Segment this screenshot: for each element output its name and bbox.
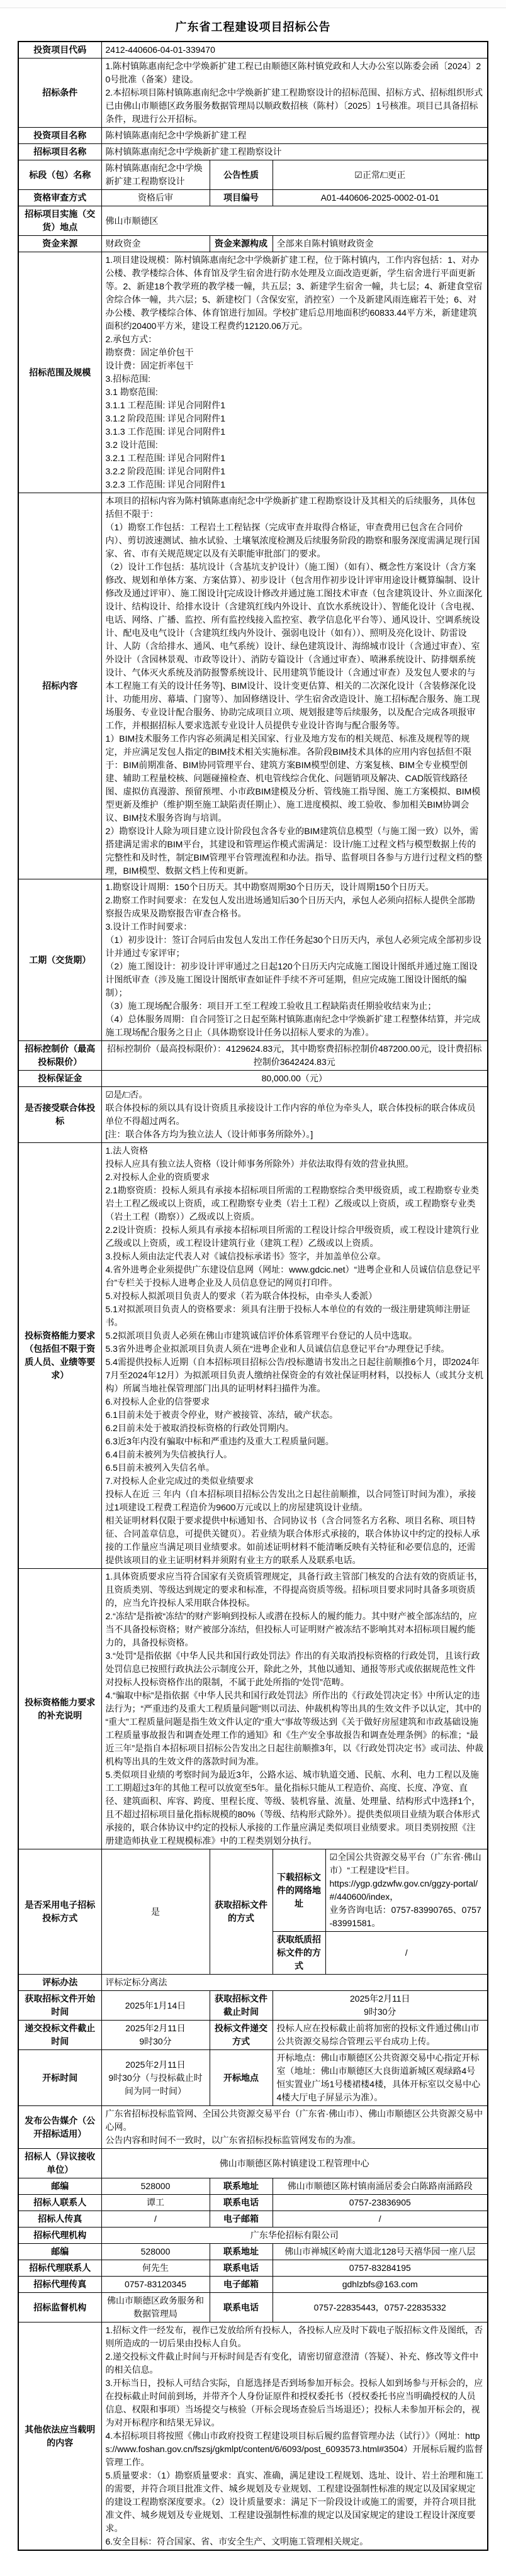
agency-address-value: 佛山市禅城区岭南大道北128号天禧华园一座八层 <box>273 2244 488 2260</box>
control-price-value: 招标控制价（最高投标限价）：4129624.83元，其中勘察费招标控制价4872… <box>101 1041 488 1071</box>
page-top-divider <box>0 0 506 8</box>
table-row: 其他依法应当载明的内容 1.招标文件一经发布，视作已发放给所有投标人，各投标人应… <box>18 2322 488 2551</box>
qualification-notes-label: 投标资格能力要求的补充说明 <box>18 1569 101 1849</box>
supervisor-label: 招标监督机构 <box>18 2293 101 2322</box>
duration-label: 工期（交货期） <box>18 879 101 1041</box>
agency-postcode-label: 邮编 <box>18 2244 101 2260</box>
qualification-review-value: 资格后审 <box>101 190 210 206</box>
funds-composition-label: 资金来源构成 <box>210 236 273 252</box>
table-row: 投资项目名称 陈村镇陈惠南纪念中学焕新扩建工程 <box>18 128 488 144</box>
tenderer-fax-label: 招标人传真 <box>18 2211 101 2228</box>
table-row: 投标保证金 80,000.00（元） <box>18 1071 488 1087</box>
opening-place-value: 开标地点：佛山市顺德区公共资源交易中心指定开标室（地址：佛山市顺德区大良街道新城… <box>273 2050 488 2106</box>
media-label: 发布公告媒介（公开招标适用） <box>18 2106 101 2149</box>
tenderer-value: 佛山市顺德区陈村镇建设工程管理中心 <box>101 2149 488 2178</box>
investment-name-label: 投资项目名称 <box>18 128 101 144</box>
table-row: 招标项目名称 陈村镇陈惠南纪念中学焕新扩建工程勘察设计 <box>18 144 488 160</box>
opening-time-label: 开标时间 <box>18 2050 101 2106</box>
content-label: 招标内容 <box>18 493 101 879</box>
doc-obtain-method-label: 获取招标文件的方式 <box>210 1849 273 1975</box>
table-row: 发布公告媒介（公开招标适用） 广东省招标投标监管网、全国公共资源交易平台（广东省… <box>18 2106 488 2149</box>
bid-bond-value: 80,000.00（元） <box>101 1071 488 1087</box>
doc-start-time-label: 获取招标文件开始时间 <box>18 1991 101 2021</box>
table-row: 是否接受联合体投标 ☑是/□否。 联合体投标的须以具有设计资质且承接设计工作内容… <box>18 1087 488 1143</box>
agency-tel-value: 0757-83284195 <box>273 2260 488 2277</box>
section-value: 陈村镇陈惠南纪念中学焕新扩建工程勘察设计 <box>101 160 210 190</box>
tenderer-contact-value: 谭工 <box>101 2195 210 2211</box>
tenderer-fax-value: / <box>101 2211 210 2228</box>
submit-deadline-value: 2025年2月11日 9时30分 <box>101 2021 210 2050</box>
table-row: 招标内容 本项目的招标内容为陈村镇陈惠南纪念中学焕新扩建工程勘察设计及其相关的后… <box>18 493 488 879</box>
submit-way-value: 投标人应在投标截止前将加密的投标文件通过佛山市公共资源交易综合管理云平台成功上传… <box>273 2021 488 2050</box>
table-row: 招标人传真 / 电子邮箱 / <box>18 2211 488 2228</box>
agency-fax-label: 招标代理传真 <box>18 2277 101 2293</box>
table-row: 递交投标文件截止时间 2025年2月11日 9时30分 投标文件递交方式 投标人… <box>18 2021 488 2050</box>
agency-email-label: 电子邮箱 <box>210 2277 273 2293</box>
table-row: 投标资格能力要求（包括但不限于资质人员、业绩等要求） 1.法人资格 投标人应具有… <box>18 1143 488 1569</box>
table-row: 招标人（异议接收单位） 佛山市顺德区陈村镇建设工程管理中心 <box>18 2149 488 2178</box>
opening-place-label: 开标地点 <box>210 2050 273 2106</box>
investment-code-label: 投资项目代码 <box>18 42 101 59</box>
qualification-requirements-value: 1.法人资格 投标人应具有独立法人资格（设计师事务所除外）并依法取得有效的营业执… <box>101 1143 488 1569</box>
other-content-value: 1.招标文件一经发布，视作已发放给所有投标人，各投标人应及时下载电子版招标文件及… <box>101 2322 488 2551</box>
tenderer-contact-label: 招标人联系人 <box>18 2195 101 2211</box>
investment-code-value: 2412-440606-04-01-339470 <box>101 42 488 59</box>
tenderer-postcode-value: 528000 <box>101 2178 210 2195</box>
table-row: 开标时间 2025年2月11日 9时30分（与投标截止时间为同一时间） 开标地点… <box>18 2050 488 2106</box>
supervisor-tel-label: 联系电话 <box>210 2293 273 2322</box>
page-title: 广东省工程建设项目招标公告 <box>0 18 506 35</box>
opening-time-value: 2025年2月11日 9时30分（与投标截止时间为同一时间） <box>101 2050 210 2106</box>
table-row: 是否采用电子招标投标方式 是 获取招标文件的方式 下载招标文件的网络地址 ☑全国… <box>18 1849 488 1932</box>
supervisor-value: 佛山市顺德区政务服务和数据管理局 <box>101 2293 210 2322</box>
table-row: 招标监督机构 佛山市顺德区政务服务和数据管理局 联系电话 0757-228354… <box>18 2293 488 2322</box>
evaluation-method-label: 评标办法 <box>18 1975 101 1991</box>
agency-contact-label: 招标代理联系人 <box>18 2260 101 2277</box>
tender-name-label: 招标项目名称 <box>18 144 101 160</box>
location-value: 佛山市顺德区 <box>101 206 488 236</box>
notice-nature-label: 公告性质 <box>210 160 273 190</box>
supervisor-tel-value: 0757-22835443，0757-22835332 <box>273 2293 488 2322</box>
table-row: 获取招标文件开始时间 2025年1月14日 获取招标文件截止时间 2025年2月… <box>18 1991 488 2021</box>
table-row: 招标代理联系人 何先生 联系电话 0757-83284195 <box>18 2260 488 2277</box>
qualification-requirements-label: 投标资格能力要求（包括但不限于资质人员、业绩等要求） <box>18 1143 101 1569</box>
consortium-label: 是否接受联合体投标 <box>18 1087 101 1143</box>
agency-postcode-value: 528000 <box>101 2244 210 2260</box>
table-row: 招标代理传真 0757-83120345 电子邮箱 gdhlzbfs@163.c… <box>18 2277 488 2293</box>
evaluation-method-value: 评标定标分离法 <box>101 1975 488 1991</box>
tenderer-postcode-label: 邮编 <box>18 2178 101 2195</box>
paper-doc-value: / <box>325 1932 488 1975</box>
tenderer-tel-value: 0757-23836905 <box>273 2195 488 2211</box>
tenderer-address-value: 佛山市顺德区陈村镇南涌居委会白陈路南涌路段 <box>273 2178 488 2195</box>
table-row: 招标条件 1.陈村镇陈惠南纪念中学焕新扩建工程已由顺德区陈村镇党政和人大办公室以… <box>18 59 488 128</box>
table-row: 投资项目代码 2412-440606-04-01-339470 <box>18 42 488 59</box>
doc-end-time-value: 2025年2月11日 9时30分 <box>273 1991 488 2021</box>
bid-bond-label: 投标保证金 <box>18 1071 101 1087</box>
tender-announcement-table: 投资项目代码 2412-440606-04-01-339470 招标条件 1.陈… <box>18 41 488 2551</box>
table-row: 招标控制价（最高投标限价） 招标控制价（最高投标限价）：4129624.83元，… <box>18 1041 488 1071</box>
agency-email-value: gdhlzbfs@163.com <box>273 2277 488 2293</box>
control-price-label: 招标控制价（最高投标限价） <box>18 1041 101 1071</box>
e-bidding-label: 是否采用电子招标投标方式 <box>18 1849 101 1975</box>
agency-value: 广东华伦招标有限公司 <box>101 2228 488 2244</box>
scope-label: 招标范围及规模 <box>18 252 101 493</box>
section-label: 标段（包）名称 <box>18 160 101 190</box>
qualification-review-label: 资格审查方式 <box>18 190 101 206</box>
other-content-label: 其他依法应当载明的内容 <box>18 2322 101 2551</box>
project-no-label: 项目编号 <box>210 190 273 206</box>
agency-label: 招标代理机构 <box>18 2228 101 2244</box>
paper-doc-label: 获取纸质招标文件的方式 <box>273 1932 325 1975</box>
consortium-value: ☑是/□否。 联合体投标的须以具有设计资质且承接设计工作内容的单位为牵头人，联合… <box>101 1087 488 1143</box>
funds-composition-value: 全部来自陈村镇财政资金 <box>273 236 488 252</box>
tenderer-email-label: 电子邮箱 <box>210 2211 273 2228</box>
table-row: 评标办法 评标定标分离法 <box>18 1975 488 1991</box>
agency-address-label: 联系地址 <box>210 2244 273 2260</box>
media-value: 广东省招标投标监管网、全国公共资源交易平台（广东省·佛山市）、佛山市顺德区公共资… <box>101 2106 488 2149</box>
table-row: 资格审查方式 资格后审 项目编号 A01-440606-2025-0002-01… <box>18 190 488 206</box>
download-url-label: 下载招标文件的网络地址 <box>273 1849 325 1932</box>
agency-contact-value: 何先生 <box>101 2260 210 2277</box>
e-bidding-value: 是 <box>101 1849 210 1975</box>
table-row: 招标项目实施（交货）地点 佛山市顺德区 <box>18 206 488 236</box>
table-row: 标段（包）名称 陈村镇陈惠南纪念中学焕新扩建工程勘察设计 公告性质 ☑正常/□更… <box>18 160 488 190</box>
table-row: 招标人联系人 谭工 联系电话 0757-23836905 <box>18 2195 488 2211</box>
funds-value: 财政资金 <box>101 236 210 252</box>
table-row: 邮编 528000 联系地址 佛山市禅城区岭南大道北128号天禧华园一座八层 <box>18 2244 488 2260</box>
table-row: 招标代理机构 广东华伦招标有限公司 <box>18 2228 488 2244</box>
scope-value: 1.项目建设规模：陈村镇陈惠南纪念中学焕新扩建工程，位于陈村镇内，工作内容包括：… <box>101 252 488 493</box>
table-row: 邮编 528000 联系地址 佛山市顺德区陈村镇南涌居委会白陈路南涌路段 <box>18 2178 488 2195</box>
duration-value: 1.勘察设计周期：150个日历天。其中勘察周期30个日历天，设计周期150个日历… <box>101 879 488 1041</box>
investment-name-value: 陈村镇陈惠南纪念中学焕新扩建工程 <box>101 128 488 144</box>
project-no-value: A01-440606-2025-0002-01-01 <box>273 190 488 206</box>
tender-conditions-value: 1.陈村镇陈惠南纪念中学焕新扩建工程已由顺德区陈村镇党政和人大办公室以陈委会函〔… <box>101 59 488 128</box>
tenderer-address-label: 联系地址 <box>210 2178 273 2195</box>
tenderer-email-value: / <box>273 2211 488 2228</box>
tender-conditions-label: 招标条件 <box>18 59 101 128</box>
tender-name-value: 陈村镇陈惠南纪念中学焕新扩建工程勘察设计 <box>101 144 488 160</box>
submit-deadline-label: 递交投标文件截止时间 <box>18 2021 101 2050</box>
submit-way-label: 投标文件递交方式 <box>210 2021 273 2050</box>
funds-label: 资金来源 <box>18 236 101 252</box>
table-row: 资金来源 财政资金 资金来源构成 全部来自陈村镇财政资金 <box>18 236 488 252</box>
location-label: 招标项目实施（交货）地点 <box>18 206 101 236</box>
doc-end-time-label: 获取招标文件截止时间 <box>210 1991 273 2021</box>
tenderer-tel-label: 联系电话 <box>210 2195 273 2211</box>
agency-fax-value: 0757-83120345 <box>101 2277 210 2293</box>
content-value: 本项目的招标内容为陈村镇陈惠南纪念中学焕新扩建工程勘察设计及其相关的后续服务，具… <box>101 493 488 879</box>
qualification-notes-value: 1.具体资质要求应当符合国家有关资质管理规定，具备行政主管部门核发的合法有效的资… <box>101 1569 488 1849</box>
table-row: 工期（交货期） 1.勘察设计周期：150个日历天。其中勘察周期30个日历天，设计… <box>18 879 488 1041</box>
agency-tel-label: 联系电话 <box>210 2260 273 2277</box>
tenderer-label: 招标人（异议接收单位） <box>18 2149 101 2178</box>
table-row: 投标资格能力要求的补充说明 1.具体资质要求应当符合国家有关资质管理规定，具备行… <box>18 1569 488 1849</box>
doc-start-time-value: 2025年1月14日 <box>101 1991 210 2021</box>
notice-nature-checkbox: ☑正常/□更正 <box>273 160 488 190</box>
download-url-value: ☑全国公共资源交易平台（广东省·佛山市）“工程建设”栏目。 https://yg… <box>325 1849 488 1932</box>
table-row: 招标范围及规模 1.项目建设规模：陈村镇陈惠南纪念中学焕新扩建工程，位于陈村镇内… <box>18 252 488 493</box>
